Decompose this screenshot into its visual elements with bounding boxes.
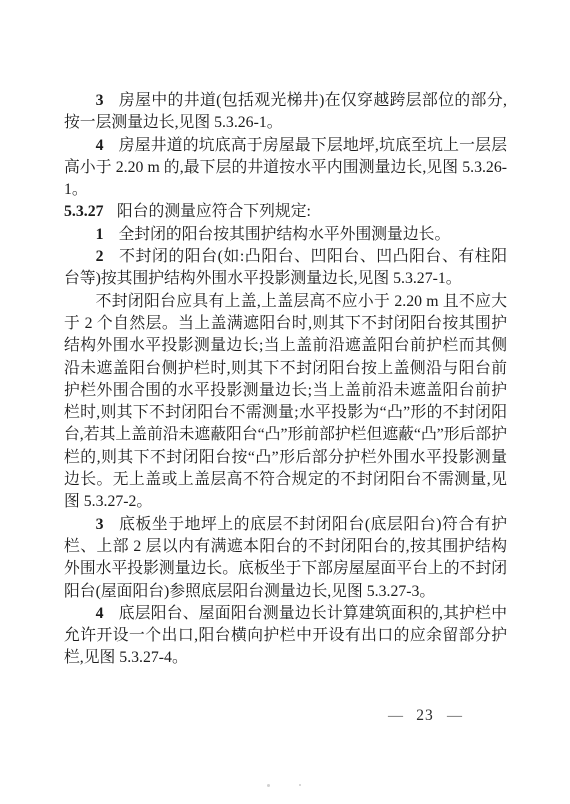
page-number-dash-right: — <box>447 705 462 727</box>
paragraph-item-1-enclosed-balcony: 1全封闭的阳台按其围护结构水平外围测量边长。 <box>64 224 507 246</box>
item-number: 4 <box>96 605 104 622</box>
paragraph-text: 底板坐于地坪上的底层不封闭阳台(底层阳台)符合有护栏、上部 2 层以内有满遮本阳… <box>64 516 507 600</box>
paragraph-text: 不封闭阳台应具有上盖,上盖层高不应小于 2.20 m 且不应大于 2 个自然层。… <box>64 293 507 511</box>
item-number: 3 <box>96 92 104 109</box>
paragraph-open-balcony-cover-rules: 不封闭阳台应具有上盖,上盖层高不应小于 2.20 m 且不应大于 2 个自然层。… <box>64 291 507 514</box>
paragraph-item-3-ground-floor-balcony: 3底板坐于地坪上的底层不封闭阳台(底层阳台)符合有护栏、上部 2 层以内有满遮本… <box>64 514 507 603</box>
item-number: 1 <box>96 226 104 243</box>
paragraph-text: 全封闭的阳台按其围护结构水平外围测量边长。 <box>119 226 451 243</box>
item-number: 3 <box>96 516 104 533</box>
paragraph-text: 房屋中的井道(包括观光梯井)在仅穿越跨层部位的部分,按一层测量边长,见图 5.3… <box>64 92 507 131</box>
paragraph-text: 不封闭的阳台(如:凸阳台、凹阳台、凹凸阳台、有柱阳台等)按其围护结构外围水平投影… <box>64 248 507 287</box>
page-number-dash-left: — <box>388 705 403 727</box>
paragraph-item-3-shaft: 3房屋中的井道(包括观光梯井)在仅穿越跨层部位的部分,按一层测量边长,见图 5.… <box>64 90 507 135</box>
scan-artifact-speck <box>299 784 301 786</box>
paragraph-text: 底层阳台、屋面阳台测量边长计算建筑面积的,其护栏中允许开设一个出口,阳台横向护栏… <box>64 605 507 667</box>
paragraph-item-2-open-balcony: 2不封闭的阳台(如:凸阳台、凹阳台、凹凸阳台、有柱阳台等)按其围护结构外围水平投… <box>64 246 507 291</box>
scanned-document-page: 3房屋中的井道(包括观光梯井)在仅穿越跨层部位的部分,按一层测量边长,见图 5.… <box>0 0 570 804</box>
clause-heading-text: 阳台的测量应符合下列规定: <box>117 203 311 220</box>
document-body: 3房屋中的井道(包括观光梯井)在仅穿越跨层部位的部分,按一层测量边长,见图 5.… <box>64 90 507 670</box>
clause-number: 5.3.27 <box>64 203 104 220</box>
page-number: 23 <box>416 705 434 727</box>
scan-artifact-speck <box>267 784 270 787</box>
page-footer: — 23 — <box>388 705 462 727</box>
item-number: 4 <box>96 137 104 154</box>
paragraph-item-4-railing-opening: 4底层阳台、屋面阳台测量边长计算建筑面积的,其护栏中允许开设一个出口,阳台横向护… <box>64 603 507 670</box>
clause-5-3-27-heading: 5.3.27阳台的测量应符合下列规定: <box>64 201 507 223</box>
paragraph-item-4-shaft-pit: 4房屋井道的坑底高于房屋最下层地坪,坑底至坑上一层层高小于 2.20 m 的,最… <box>64 135 507 202</box>
paragraph-text: 房屋井道的坑底高于房屋最下层地坪,坑底至坑上一层层高小于 2.20 m 的,最下… <box>64 137 507 199</box>
item-number: 2 <box>96 248 104 265</box>
